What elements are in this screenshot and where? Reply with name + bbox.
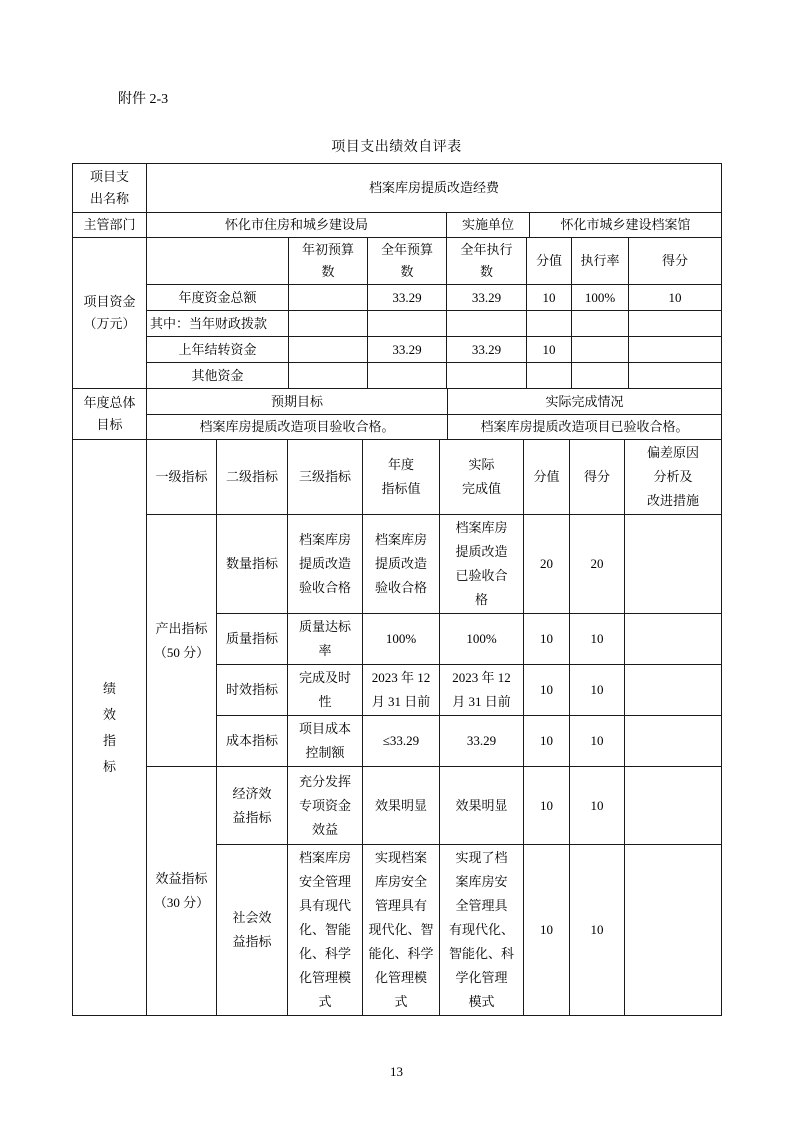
impl-label-cell: 实施单位	[447, 213, 530, 238]
output-group-label-cell: 产出指标 （50 分）	[147, 515, 217, 767]
funds-cell-initial	[289, 363, 368, 389]
indicator-score-cell: 10	[570, 614, 625, 665]
table-row: 档案库房提质改造项目验收合格。 档案库房提质改造项目已验收合格。	[73, 415, 722, 440]
attachment-label: 附件 2-3	[118, 93, 793, 107]
table-row: 效益指标 （30 分） 经济效 益指标 充分发挥 专项资金 效益 效果明显 效果…	[73, 767, 722, 845]
indicator-score-value-cell: 20	[524, 515, 570, 614]
indicator-deviation-cell	[625, 515, 722, 614]
funds-cell-initial	[289, 311, 368, 337]
funds-cell-score-value: 10	[527, 337, 572, 363]
funds-cell-exec-rate	[572, 311, 629, 337]
indicator-level2-cell: 经济效 益指标	[217, 767, 288, 845]
header-target-cell: 年度 指标值	[363, 440, 440, 515]
table-row: 产出指标 （50 分） 数量指标 档案库房 提质改造 验收合格 档案库房 提质改…	[73, 515, 722, 614]
indicator-level3-cell: 项目成本 控制额	[288, 716, 363, 767]
indicator-score-cell: 20	[570, 515, 625, 614]
annual-goal-label-cell: 年度总体 目标	[73, 389, 147, 440]
benefit-group-label-cell: 效益指标 （30 分）	[147, 767, 217, 1016]
indicator-score-cell: 10	[570, 665, 625, 716]
indicator-level3-cell: 完成及时 性	[288, 665, 363, 716]
indicator-actual-cell: 效果明显	[440, 767, 524, 845]
project-name-label-cell: 项目支 出名称	[73, 164, 147, 213]
funds-cell-score-value	[527, 311, 572, 337]
indicator-level2-cell: 质量指标	[217, 614, 288, 665]
indicator-deviation-cell	[625, 767, 722, 845]
page-title: 项目支出绩效自评表	[72, 140, 721, 155]
header-level3-cell: 三级指标	[288, 440, 363, 515]
document-body: 附件 2-3 项目支出绩效自评表 项目支 出名称 档案库房提质改造经费 主管部门…	[0, 0, 793, 1079]
indicator-deviation-cell	[625, 716, 722, 767]
funds-header-score-cell: 得分	[629, 238, 722, 285]
indicator-target-cell: 100%	[363, 614, 440, 665]
indicator-level2-cell: 时效指标	[217, 665, 288, 716]
funds-group-label-cell: 项目资金 （万元）	[73, 238, 147, 389]
funds-section: 项目资金 （万元） 年初预算 数 全年预算 数 全年执行 数 分值 执行率 得分…	[72, 237, 722, 389]
funds-cell-score	[629, 337, 722, 363]
expected-goal-header-cell: 预期目标	[147, 389, 448, 415]
funds-row-label-cell: 其他资金	[147, 363, 289, 389]
funds-cell-annual: 33.29	[368, 285, 447, 311]
funds-cell-annual	[368, 311, 447, 337]
indicator-level3-cell: 档案库房 提质改造 验收合格	[288, 515, 363, 614]
actual-completion-header-cell: 实际完成情况	[448, 389, 722, 415]
funds-cell-score: 10	[629, 285, 722, 311]
header-level1-cell: 一级指标	[147, 440, 217, 515]
page-number: 13	[72, 1065, 721, 1079]
funds-cell-initial	[289, 285, 368, 311]
indicator-level3-cell: 质量达标 率	[288, 614, 363, 665]
indicator-score-cell: 10	[570, 845, 625, 1016]
header-level2-cell: 二级指标	[217, 440, 288, 515]
indicator-deviation-cell	[625, 665, 722, 716]
funds-header-annual-cell: 全年预算 数	[368, 238, 447, 285]
indicators-section: 绩 效 指 标 一级指标 二级指标 三级指标 年度 指标值 实际 完成值 分值 …	[72, 439, 722, 1016]
assessment-table: 项目支 出名称 档案库房提质改造经费 主管部门 怀化市住房和城乡建设局 实施单位…	[72, 163, 721, 1016]
header-score-cell: 得分	[570, 440, 625, 515]
funds-empty-header-cell	[147, 238, 289, 285]
funds-cell-executed: 33.29	[447, 285, 527, 311]
funds-cell-exec-rate	[572, 363, 629, 389]
funds-header-score-value-cell: 分值	[527, 238, 572, 285]
funds-cell-initial	[289, 337, 368, 363]
impl-value-cell: 怀化市城乡建设档案馆	[530, 213, 722, 238]
indicator-score-value-cell: 10	[524, 845, 570, 1016]
funds-cell-exec-rate	[572, 337, 629, 363]
funds-cell-annual: 33.29	[368, 337, 447, 363]
project-name-value-cell: 档案库房提质改造经费	[147, 164, 722, 213]
indicator-level2-cell: 成本指标	[217, 716, 288, 767]
indicator-score-value-cell: 10	[524, 767, 570, 845]
table-row: 年度总体 目标 预期目标 实际完成情况	[73, 389, 722, 415]
table-row: 其中：当年财政拨款	[73, 311, 722, 337]
dept-label-cell: 主管部门	[73, 213, 147, 238]
indicator-target-cell: ≤33.29	[363, 716, 440, 767]
funds-cell-executed	[447, 311, 527, 337]
annual-goal-section: 年度总体 目标 预期目标 实际完成情况 档案库房提质改造项目验收合格。 档案库房…	[72, 388, 722, 440]
funds-header-executed-cell: 全年执行 数	[447, 238, 527, 285]
table-row: 主管部门 怀化市住房和城乡建设局 实施单位 怀化市城乡建设档案馆	[73, 213, 722, 238]
indicator-target-cell: 实现档案 库房安全 管理具有 现代化、智 能化、科学 化管理模 式	[363, 845, 440, 1016]
funds-cell-exec-rate: 100%	[572, 285, 629, 311]
table-row: 绩 效 指 标 一级指标 二级指标 三级指标 年度 指标值 实际 完成值 分值 …	[73, 440, 722, 515]
indicators-group-label-cell: 绩 效 指 标	[73, 440, 147, 1016]
indicator-score-value-cell: 10	[524, 716, 570, 767]
header-section: 项目支 出名称 档案库房提质改造经费 主管部门 怀化市住房和城乡建设局 实施单位…	[72, 163, 722, 238]
indicator-level2-cell: 社会效 益指标	[217, 845, 288, 1016]
table-row: 项目资金 （万元） 年初预算 数 全年预算 数 全年执行 数 分值 执行率 得分	[73, 238, 722, 285]
indicator-actual-cell: 33.29	[440, 716, 524, 767]
table-row: 上年结转资金 33.29 33.29 10	[73, 337, 722, 363]
indicator-target-cell: 档案库房 提质改造 验收合格	[363, 515, 440, 614]
indicator-score-value-cell: 10	[524, 614, 570, 665]
indicator-deviation-cell	[625, 614, 722, 665]
funds-cell-score	[629, 311, 722, 337]
funds-header-initial-cell: 年初预算 数	[289, 238, 368, 285]
indicator-deviation-cell	[625, 845, 722, 1016]
header-deviation-cell: 偏差原因 分析及 改进措施	[625, 440, 722, 515]
funds-cell-score-value: 10	[527, 285, 572, 311]
actual-completion-value-cell: 档案库房提质改造项目已验收合格。	[448, 415, 722, 440]
indicator-score-value-cell: 10	[524, 665, 570, 716]
expected-goal-value-cell: 档案库房提质改造项目验收合格。	[147, 415, 448, 440]
indicator-level3-cell: 档案库房 安全管理 具有现代 化、智能 化、科学 化管理模 式	[288, 845, 363, 1016]
indicator-actual-cell: 实现了档 案库房安 全管理具 有现代化、 智能化、科 学化管理 模式	[440, 845, 524, 1016]
indicator-target-cell: 效果明显	[363, 767, 440, 845]
funds-cell-executed	[447, 363, 527, 389]
funds-cell-annual	[368, 363, 447, 389]
indicator-score-cell: 10	[570, 767, 625, 845]
funds-row-label-cell: 上年结转资金	[147, 337, 289, 363]
header-score-value-cell: 分值	[524, 440, 570, 515]
dept-value-cell: 怀化市住房和城乡建设局	[147, 213, 447, 238]
table-row: 年度资金总额 33.29 33.29 10 100% 10	[73, 285, 722, 311]
funds-row-label-cell: 其中：当年财政拨款	[147, 311, 289, 337]
indicator-level3-cell: 充分发挥 专项资金 效益	[288, 767, 363, 845]
header-actual-cell: 实际 完成值	[440, 440, 524, 515]
table-row: 项目支 出名称 档案库房提质改造经费	[73, 164, 722, 213]
funds-cell-executed: 33.29	[447, 337, 527, 363]
funds-row-label-cell: 年度资金总额	[147, 285, 289, 311]
funds-header-exec-rate-cell: 执行率	[572, 238, 629, 285]
indicator-actual-cell: 100%	[440, 614, 524, 665]
indicator-target-cell: 2023 年 12 月 31 日前	[363, 665, 440, 716]
table-row: 其他资金	[73, 363, 722, 389]
indicator-score-cell: 10	[570, 716, 625, 767]
funds-cell-score-value	[527, 363, 572, 389]
indicator-level2-cell: 数量指标	[217, 515, 288, 614]
document-page: { "page": { "attachment_label": "附件 2-3"…	[0, 0, 793, 1122]
indicator-actual-cell: 档案库房 提质改造 已验收合 格	[440, 515, 524, 614]
funds-cell-score	[629, 363, 722, 389]
indicator-actual-cell: 2023 年 12 月 31 日前	[440, 665, 524, 716]
